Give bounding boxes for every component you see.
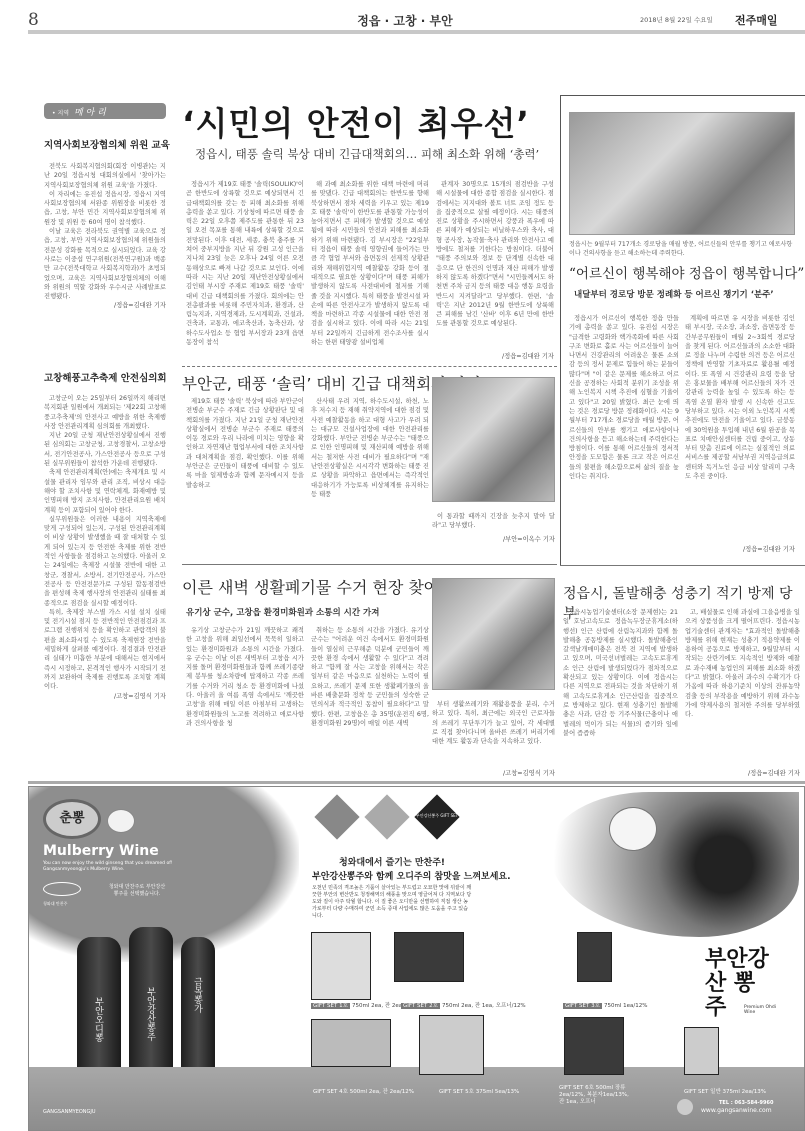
main-column-2: 해 과예 최소화를 위한 대책 마련에 머리를 맞댔다. 긴급 대책회의는 한반… bbox=[311, 180, 429, 360]
feature-quote-title[interactable]: “어르신이 행복해야 정읍이 행복합니다” bbox=[569, 262, 804, 282]
paragraph: 축제 안전관리계획(안)에는 축제개요 및 시설물 관리자 임무와 관리 조직,… bbox=[44, 468, 166, 514]
bluehouse-label: 청와대 만찬주 bbox=[43, 901, 67, 907]
gift-set-5-image bbox=[419, 1015, 484, 1075]
mulberry-diamond-icon bbox=[314, 794, 359, 839]
gift-set-4-image bbox=[311, 1019, 391, 1067]
paragraph: 정읍시가 어르신이 행복한 정읍 만들기에 총력을 쏟고 있다. 유진섭 시장은… bbox=[569, 314, 679, 481]
ad-website[interactable]: www.gangsanwine.com bbox=[701, 1107, 772, 1114]
paragraph: 이날 교육은 전라북도 권역별 교육으로 정읍, 고창, 부안 지역사회보장협의… bbox=[44, 227, 166, 301]
buan-byline: /부안=이옥수 기자 bbox=[432, 534, 555, 543]
brand-logo: 춘뽕 bbox=[43, 799, 101, 839]
gochang-subheadline: 유기상 군수, 고창읍 환경미화원과 소통의 시간 가져 bbox=[186, 606, 379, 618]
sidebar-article2-body: 고창군이 오는 25일부터 26일까지 해리면 복지회관 일원에서 개최되는 '… bbox=[44, 394, 166, 701]
bottle-label: 부안오디뽕 bbox=[93, 997, 105, 1042]
paragraph: 유기상 고창군수가 21일 깨끗하고 쾌적한 고창을 위해 최일선에서 묵묵히 … bbox=[186, 626, 304, 728]
gift-set-spec: 750ml 1ea/12% bbox=[604, 1003, 647, 1009]
main-column-1: 정읍시가 제19호 태풍 '솔릭(SOULIK)'이 곧 한반도에 상륙할 것으… bbox=[186, 180, 304, 360]
sidebar-article1-title[interactable]: 지역사회보장협의체 위원 교육 bbox=[44, 137, 170, 151]
company-name: GANGSANMYEONGJU bbox=[43, 1109, 96, 1115]
divider bbox=[182, 564, 557, 565]
gift-set-2-image bbox=[394, 932, 464, 982]
paragraph: 정읍시농업기술센터(소장 문제현)는 21일 호남고속도로 정읍녹두장군휴게소(… bbox=[563, 608, 678, 738]
gift-set-spec: 500ml 2ea, 잔 2ea/12% bbox=[350, 1089, 414, 1095]
paragraph: 이 통과할 때까지 긴장을 늦추지 말아 달라"고 당부했다. bbox=[432, 512, 555, 531]
buan-column-3: 이 통과할 때까지 긴장을 늦추지 말아 달라"고 당부했다. bbox=[432, 512, 555, 531]
gift-set-general-label: GIFT SET 일반 375ml 2ea/13% bbox=[684, 1087, 766, 1095]
gift-set-3-image bbox=[577, 932, 612, 982]
street-cleaning-photo bbox=[432, 578, 555, 690]
buan-meeting-photo bbox=[432, 377, 555, 502]
byline: /정읍=김대완 기자 bbox=[44, 301, 166, 310]
dashed-divider bbox=[182, 366, 557, 367]
gift-set-4-label: GIFT SET 4호 500ml 2ea, 잔 2ea/12% bbox=[313, 1087, 414, 1095]
paragraph: 부터 생활쓰레기와 재활용품을 분리, 수거하고 있다. 특히, 최근에는 외국… bbox=[432, 700, 555, 746]
main-column-3: 관계자 30명으로 15개의 점검반을 구성해 시설물에 대한 종합 점검을 실… bbox=[436, 180, 554, 352]
gift-set-1-image bbox=[311, 932, 371, 1000]
brand-en: Mulberry Wine bbox=[43, 843, 159, 859]
feature-column-2: 계획에 따르면 유 시장을 비롯한 김인태 부시장, 국소장, 과소장, 읍면동… bbox=[685, 314, 795, 544]
main-headline[interactable]: ‘시민의 안전이 최우선’ bbox=[182, 98, 530, 145]
ad-body: 오천년 민족의 격조높은 기품이 살아있는 부드럽고 오묘한 맛에 뒤끝이 깨끗… bbox=[312, 885, 472, 920]
gift-set-6-image bbox=[564, 1017, 624, 1075]
gift-set-general-image bbox=[684, 1027, 719, 1075]
tag-prefix: 지역 bbox=[57, 110, 69, 117]
sidebar-article1-body: 전북도 사회복지협의회(회장 이병관)는 지난 20일 정읍시청 대회의실에서 … bbox=[44, 162, 166, 311]
paragraph: 고, 배설물로 인해 과실에 그을음병을 일으켜 상품성을 크게 떨어뜨린다. … bbox=[685, 608, 800, 720]
issue-date: 2018년 8월 22일 수요일 bbox=[640, 15, 713, 24]
ad-headline-2: 부안강산뽕주와 함께 오디주의 참맛을 느껴보세요. bbox=[312, 869, 511, 882]
advertisement[interactable]: 춘뽕 Mulberry Wine You can now enjoy the w… bbox=[28, 786, 805, 1131]
paragraph: 특히, 축제장 부스별 가스 시설 설치 실태 및 전기시설 점지 등 전반적인… bbox=[44, 608, 166, 692]
feature-column-1: 정읍시가 어르신이 행복한 정읍 만들기에 총력을 쏟고 있다. 유진섭 시장은… bbox=[569, 314, 679, 559]
column-tag: • 지역 메 아 리 bbox=[44, 103, 166, 119]
paragraph: 관계자 30명으로 15개의 점검반을 구성해 시설물에 대한 종합 점검을 실… bbox=[436, 180, 554, 329]
paragraph: 정읍시가 제19호 태풍 '솔릭(SOULIK)'이 곧 한반도에 상륙할 것으… bbox=[186, 180, 304, 347]
feature-subtitle: 내달부터 경로당 방문 정례화 등 어르신 챙기기 ‘분주’ bbox=[574, 288, 774, 300]
ad-tel[interactable]: TEL : 063-584-9960 bbox=[719, 1100, 773, 1106]
tagline-2: Gangsanmyeongju's Mulberry Wine. bbox=[43, 867, 124, 872]
pest-column-2: 고, 배설물로 인해 과실에 그을음병을 일으켜 상품성을 크게 떨어뜨린다. … bbox=[685, 608, 800, 763]
gift-set-badge: GIFT SET 일반 bbox=[684, 1089, 721, 1095]
byline: /고창=김영식 기자 bbox=[44, 692, 166, 701]
gift-set-spec: 375ml 2ea/13% bbox=[723, 1089, 766, 1095]
paragraph: 실무위원들은 이러한 내용이 지역축제에 맞게 구성되어 있는지, 구성된 안전… bbox=[44, 515, 166, 608]
gift-badge: 부안강산뽕주 GIFT SET bbox=[415, 813, 459, 819]
gift-set-3-label: GIFT SET 3호750ml 1ea/12% bbox=[563, 1001, 647, 1009]
bottle-label: 금복뽕가 bbox=[192, 977, 204, 1013]
newspaper-brand: 전주매일 bbox=[735, 12, 778, 28]
feature-byline: /정읍=김대완 기자 bbox=[685, 544, 795, 553]
pest-column-1: 정읍시농업기술센터(소장 문제현)는 21일 호남고속도로 정읍녹두장군휴게소(… bbox=[563, 608, 678, 778]
page-number: 8 bbox=[28, 10, 39, 30]
paragraph: 해 과예 최소화를 위한 대책 마련에 머리를 맞댔다. 긴급 대책회의는 한반… bbox=[311, 180, 429, 347]
gift-set-badge: GIFT SET 4호 bbox=[313, 1089, 348, 1095]
gochang-column-2: 취하는 등 소통의 시간을 가졌다. 유기상 군수는 "어려운 여건 속에서도 … bbox=[311, 626, 429, 778]
tagline-1: You can now enjoy the wild ginseng that … bbox=[43, 861, 173, 866]
leaf-diamond-icon bbox=[364, 794, 409, 839]
gochang-column-1: 유기상 고창군수가 21일 깨끗하고 쾌적한 고창을 위해 최일선에서 묵묵히 … bbox=[186, 626, 304, 778]
paragraph: 취하는 등 소통의 시간을 가졌다. 유기상 군수는 "어려운 여건 속에서도 … bbox=[311, 626, 429, 728]
pest-byline: /정읍=김대완 기자 bbox=[685, 768, 800, 777]
paragraph: 계획에 따르면 유 시장을 비롯한 김인태 부시장, 국소장, 과소장, 읍면동… bbox=[685, 314, 795, 481]
gift-set-5-label: GIFT SET 5호 375ml 5ea/13% bbox=[439, 1087, 519, 1095]
mascot-icon bbox=[609, 807, 657, 851]
paragraph: 제19호 태풍 '솔릭' 북상에 따라 부안군이 전병순 부군수 주재로 긴급 … bbox=[186, 397, 304, 490]
main-subheadline: 정읍시, 태풍 솔릭 북상 대비 긴급대책회의… 피해 최소화 위해 ‘총력’ bbox=[195, 146, 539, 162]
gift-set-badge: GIFT SET 5호 bbox=[439, 1089, 474, 1095]
paragraph: 산사태 우려 지역, 하수도시설, 하천, 노후 저수지 등 재해 취약지역에 … bbox=[311, 397, 429, 499]
header-rule bbox=[28, 30, 805, 34]
mascot-icon bbox=[107, 809, 135, 833]
photo-caption: 정읍시는 9월부터 717개소 경로당을 매월 방문, 어르신들의 안부를 챙기… bbox=[569, 240, 795, 258]
company-logo-icon bbox=[677, 1099, 693, 1115]
gift-set-2-label: GIFT SET 2호750ml 2ea, 잔 1ea, 오프너/12% bbox=[401, 1001, 526, 1009]
ad-divider bbox=[28, 781, 805, 784]
paragraph: 이 자리에는 유진섭 정읍시장, 정읍시 지역사회보장협의체 서완종 위원장을 … bbox=[44, 190, 166, 227]
bluehouse-emblem-icon bbox=[43, 882, 81, 896]
paragraph: 고창군이 오는 25일부터 26일까지 해리면 복지회관 일원에서 개최되는 '… bbox=[44, 394, 166, 431]
paragraph: 지난 20일 군청 재난안전상황실에서 진행된 심의회는 고창군청, 고창경찰서… bbox=[44, 431, 166, 468]
gift-set-spec: 375ml 5ea/13% bbox=[476, 1089, 519, 1095]
seniors-photo bbox=[569, 112, 795, 235]
sidebar-article2-title[interactable]: 고창해풍고추축제 안전심의회 bbox=[44, 370, 167, 384]
buan-column-1: 제19호 태풍 '솔릭' 북상에 따라 부안군이 전병순 부군수 주재로 긴급 … bbox=[186, 397, 304, 557]
tag-title: 메 아 리 bbox=[74, 108, 106, 118]
gochang-byline: /고창=김영식 기자 bbox=[432, 768, 555, 777]
main-byline: /정읍=김대완 기자 bbox=[436, 351, 554, 360]
gift-set-badge: GIFT SET 1호 bbox=[311, 1003, 350, 1009]
paragraph: 전북도 사회복지협의회(회장 이병관)는 지난 20일 정읍시청 대회의실에서 … bbox=[44, 162, 166, 190]
gift-set-badge: GIFT SET 2호 bbox=[401, 1003, 440, 1009]
ad-headline-1: 청와대에서 즐기는 만찬주! bbox=[339, 855, 445, 868]
gochang-column-3: 부터 생활쓰레기와 재활용품을 분리, 수거하고 있다. 특히, 최근에는 외국… bbox=[432, 700, 555, 770]
bullet-icon: • bbox=[52, 110, 56, 117]
premium-label: Premium Ohdi Wine bbox=[744, 1005, 784, 1015]
bottle-label: 부안강산뽕주 bbox=[145, 987, 157, 1041]
gift-set-badge: GIFT SET 6호 bbox=[559, 1085, 594, 1091]
mulberry-image bbox=[549, 792, 799, 937]
section-title: 정읍 · 고창 · 부안 bbox=[330, 12, 480, 29]
gift-set-spec: 750ml 2ea, 잔 1ea, 오프너/12% bbox=[442, 1003, 526, 1009]
buan-column-2: 산사태 우려 지역, 하수도시설, 하천, 노후 저수지 등 재해 취약지역에 … bbox=[311, 397, 429, 557]
gift-set-6-label: GIFT SET 6호 500ml 장류2ea/12%, 복분자1ea/13%,… bbox=[559, 1085, 629, 1106]
bluehouse-text: 청와대 만찬주로 부안강산뽕주를 선택했습니다. bbox=[107, 884, 167, 898]
divider bbox=[560, 565, 805, 566]
gift-set-badge: GIFT SET 3호 bbox=[563, 1003, 602, 1009]
